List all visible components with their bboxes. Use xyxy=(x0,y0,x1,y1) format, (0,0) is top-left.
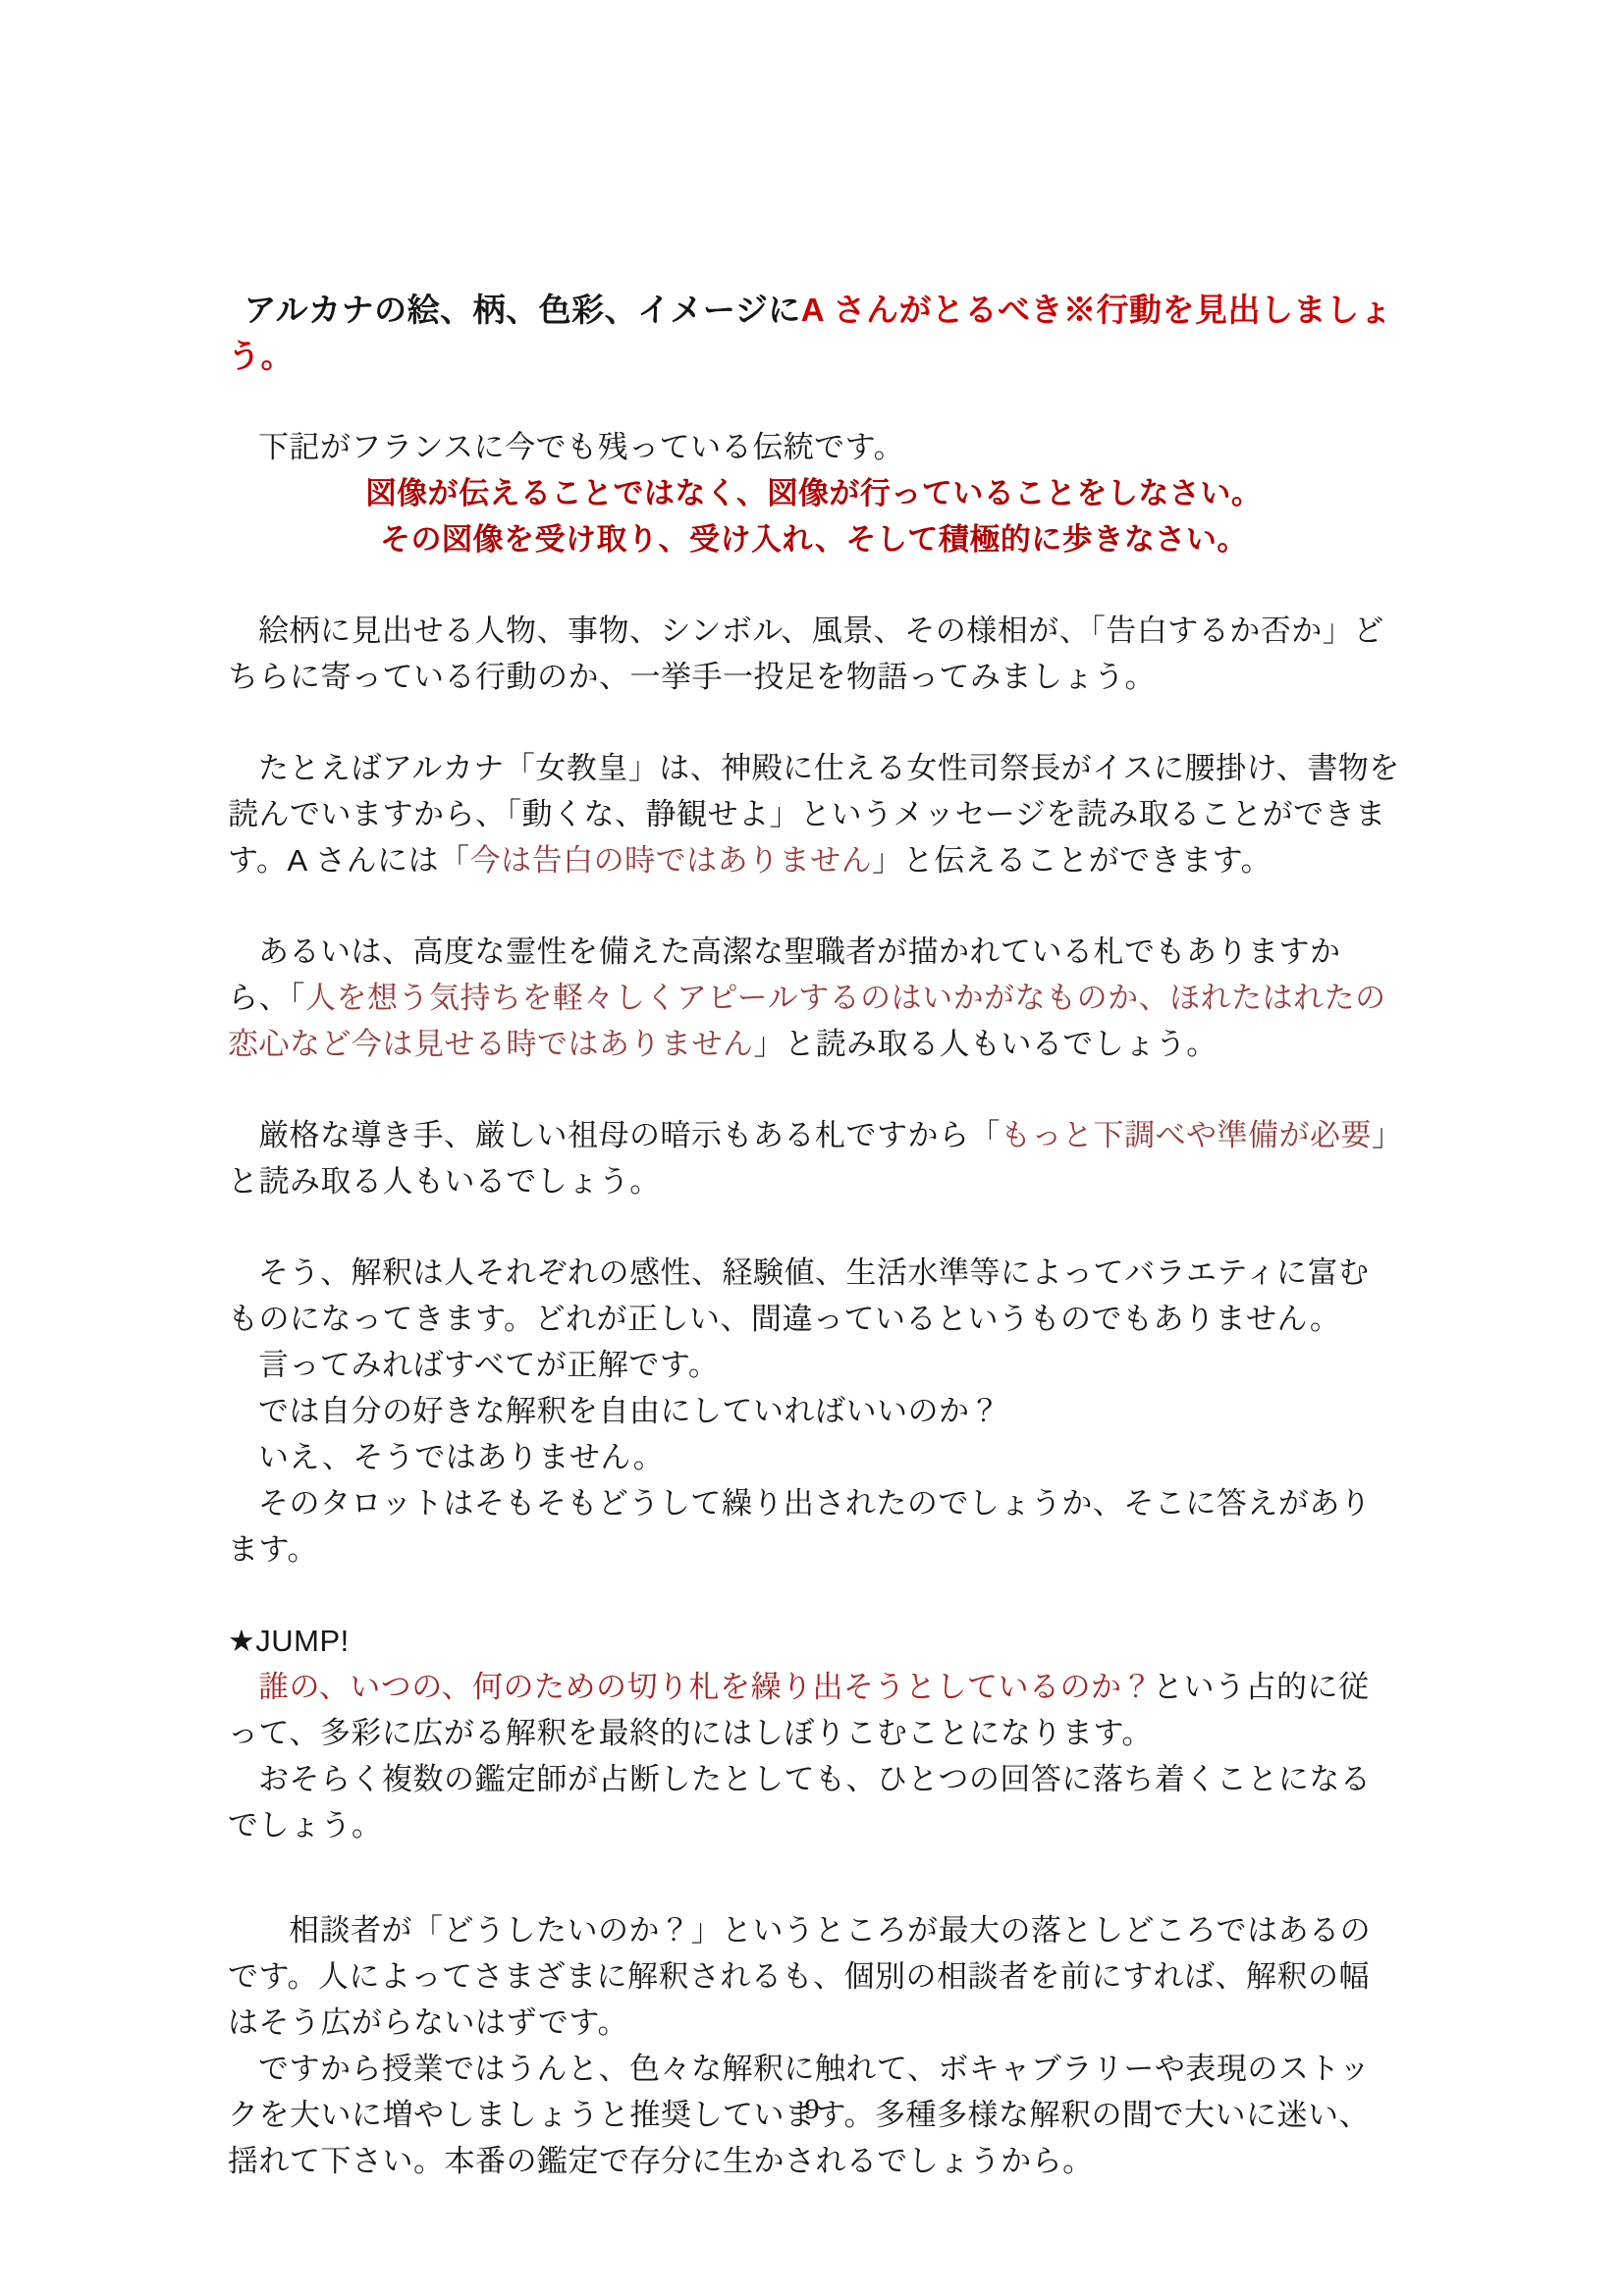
paragraph-jump: 誰の、いつの、何のための切り札を繰り出そうとしているのか？という占的に従って、多… xyxy=(228,1664,1400,1756)
text-segment: 」と読み取る人もいるでしょう。 xyxy=(754,1027,1218,1061)
paragraph-emblem: 絵柄に見出せる人物、事物、シンボル、風景、その様相が、「告白するか否か」どちらに… xyxy=(228,608,1400,700)
page-number: 9 xyxy=(0,2093,1624,2126)
intro-line: 下記がフランスに今でも残っている伝統です。 xyxy=(228,424,1400,470)
paragraph-priestess: たとえばアルカナ「女教皇」は、神殿に仕える女性司祭長がイスに腰掛け、書物を読んで… xyxy=(228,745,1400,883)
text-segment: 厳格な導き手、厳しい祖母の暗示もある札ですから「 xyxy=(258,1118,1001,1152)
text-block: アルカナの絵、柄、色彩、イメージにA さんがとるべき※行動を見出しましょう。 下… xyxy=(228,287,1400,2184)
red-segment: もっと下調べや準備が必要 xyxy=(1001,1118,1372,1152)
paragraph-strict: 厳格な導き手、厳しい祖母の暗示もある札ですから「もっと下調べや準備が必要」と読み… xyxy=(228,1112,1400,1204)
paragraph-variety-1: そう、解釈は人それぞれの感性、経験値、生活水準等によってバラエティに富むものにな… xyxy=(228,1250,1400,1342)
tradition-line-2: その図像を受け取り、受け入れ、そして積極的に歩きなさい。 xyxy=(228,516,1400,562)
paragraph-clergy: あるいは、高度な霊性を備えた高潔な聖職者が描かれている札でもありますから、「人を… xyxy=(228,929,1400,1067)
page-heading: アルカナの絵、柄、色彩、イメージにA さんがとるべき※行動を見出しましょう。 xyxy=(228,287,1400,379)
document-page: { "colors": { "heading_red": "#cc0000", … xyxy=(0,0,1624,2296)
text-segment: 」と伝えることができます。 xyxy=(872,843,1272,878)
paragraph-variety-4: いえ、そうではありません。 xyxy=(228,1434,1400,1480)
red-segment: 誰の、いつの、何のための切り札を繰り出そうとしているのか？ xyxy=(258,1670,1153,1704)
heading-black-segment: アルカナの絵、柄、色彩、イメージに xyxy=(244,292,801,328)
paragraph-client-1: 相談者が「どうしたいのか？」というところが最大の落としどころではあるのです。人に… xyxy=(228,1907,1400,2046)
paragraph-jump-2: おそらく複数の鑑定師が占断したとしても、ひとつの回答に落ち着くことになるでしょう… xyxy=(228,1756,1400,1848)
paragraph-variety-2: 言ってみればすべてが正解です。 xyxy=(228,1342,1400,1388)
tradition-line-1: 図像が伝えることではなく、図像が行っていることをしなさい。 xyxy=(228,470,1400,516)
paragraph-variety-3: では自分の好きな解釈を自由にしていればいいのか？ xyxy=(228,1388,1400,1434)
paragraph-variety-5: そのタロットはそもそもどうして繰り出されたのでしょうか、そこに答えがあります。 xyxy=(228,1480,1400,1573)
jump-label: ★JUMP! xyxy=(228,1618,1400,1664)
red-segment: 今は告白の時ではありません xyxy=(470,843,873,878)
